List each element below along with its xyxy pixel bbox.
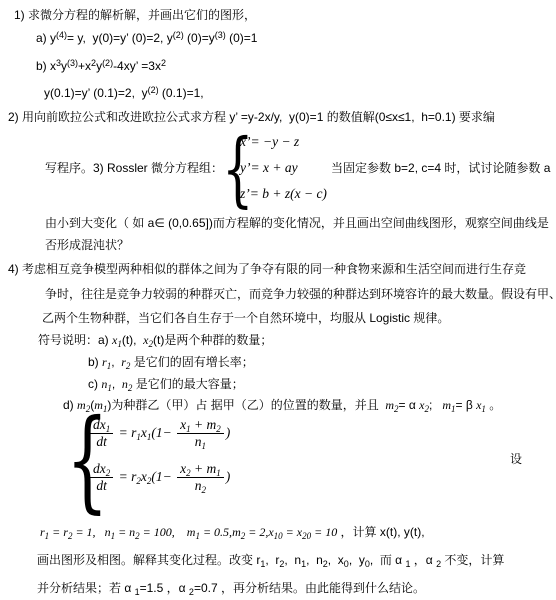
symbol-note-a: 符号说明：a) x1(t), x2(t)是两个种群的数量； xyxy=(38,333,272,348)
rossler-equation-2: y’= x + ay xyxy=(240,160,298,177)
equation-close-paren: ) xyxy=(226,425,231,441)
problem1-item-b-conditions: y(0.1)=y’ (0.1)=2, y(2) (0.1)=1, xyxy=(44,86,204,101)
problem3-continuation-1: 由小到大变化（ 如 a∈ (0,0.65])而方程解的变化情况，并且画出空间曲线… xyxy=(45,216,549,231)
equation-close-paren: ) xyxy=(226,469,231,485)
problem4-line-3: 乙两个生物种群，当它们各自生存于一个自然环境中，均服从 Logistic 规律。 xyxy=(42,311,449,326)
logistic-equation-2: dx2 dt = r2x2(1− x2 + m1 n2 ) xyxy=(88,461,230,493)
fraction-numerator: dx2 xyxy=(90,461,113,478)
problem3-continuation-2: 否形成混沌状？ xyxy=(45,238,129,253)
problem3-label: 写程序。3) Rossler 微分方程组： xyxy=(45,161,223,176)
equation-middle: = r2x2(1− xyxy=(115,469,175,485)
ratio-fraction: x2 + m1 n2 xyxy=(177,461,224,493)
equation-middle: = r1x1(1− xyxy=(115,425,175,441)
derivative-fraction: dx1 dt xyxy=(90,417,113,449)
logistic-equation-1: dx1 dt = r1x1(1− x1 + m2 n1 ) xyxy=(88,417,230,449)
symbol-note-d: d) m2(m1)为种群乙（甲）占 据甲（乙）的位置的数量，并且 m2= α x… xyxy=(63,398,501,413)
problem1-item-b: b) x3y(3)+x2y(2)-4xy’ =3x2 xyxy=(36,59,166,74)
fraction-numerator: dx1 xyxy=(90,417,113,434)
problem1-item-a: a) y(4)= y, y(0)=y’ (0)=2, y(2) (0)=y(3)… xyxy=(36,31,257,46)
problem1-title: 1) 求微分方程的解析解，并画出它们的图形， xyxy=(14,8,256,23)
fraction-numerator: x1 + m2 xyxy=(177,417,224,434)
fraction-denominator: n2 xyxy=(192,478,209,494)
fraction-denominator: n1 xyxy=(192,434,209,450)
symbol-note-c: c) n1, n2 是它们的最大容量； xyxy=(88,377,244,392)
document-page: 1) 求微分方程的解析解，并画出它们的图形， a) y(4)= y, y(0)=… xyxy=(0,0,556,600)
rossler-equation-1: x’= −y − z xyxy=(240,134,299,151)
parameters-line: r1 = r2 = 1, n1 = n2 = 100, m1 = 0.5,m2 … xyxy=(40,525,425,540)
suppose-label: 设 xyxy=(510,452,522,467)
fraction-numerator: x2 + m1 xyxy=(177,461,224,478)
symbol-note-b: b) r1, r2 是它们的固有增长率； xyxy=(88,355,254,370)
fraction-denominator: dt xyxy=(93,478,110,494)
calculation-line-3: 并分析结果；若 α 1=1.5 ，α 2=0.7 ，再分析结果。由此能得到什么结… xyxy=(37,581,425,596)
ratio-fraction: x1 + m2 n1 xyxy=(177,417,224,449)
derivative-fraction: dx2 dt xyxy=(90,461,113,493)
problem3-note: 当固定参数 b=2, c=4 时，试讨论随参数 a xyxy=(331,161,550,176)
problem4-line-2: 争时，往往是竞争力较弱的种群灭亡，而竞争力较强的种群达到环境容许的最大数量。假设… xyxy=(45,287,556,302)
calculation-line-2: 画出图形及相图。解释其变化过程。改变 r1, r2, n1, n2, x0, y… xyxy=(37,553,504,568)
fraction-denominator: dt xyxy=(93,434,110,450)
rossler-equation-3: z’= b + z(x − c) xyxy=(240,186,327,203)
problem4-line-1: 4) 考虑相互竞争模型两种相似的群体之间为了争夺有限的同一种食物来源和生活空间而… xyxy=(8,262,526,277)
